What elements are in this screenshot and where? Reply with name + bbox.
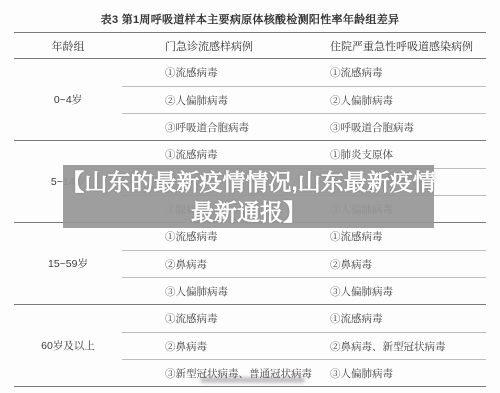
table-row: ①流感病毒 ①肺炎支原体 <box>122 141 486 168</box>
outpatient-rank-2: ②鼻病毒 <box>122 339 330 354</box>
inpatient-rank-1: ①流感病毒 <box>330 229 486 244</box>
table-row: ②鼻病毒 ②鼻病毒 <box>122 250 486 277</box>
table-row: ②人偏肺病毒 ②人偏肺病毒 <box>122 86 486 113</box>
table-row-group-age-60-plus: 60岁及以上 ①流感病毒 ①流感病毒 ②鼻病毒 ②鼻病毒、新型冠状病毒 ③新型冠… <box>14 305 486 387</box>
table-row: ②鼻病毒 ②鼻病毒、新型冠状病毒 <box>122 332 486 359</box>
age-label: 0~4岁 <box>14 59 122 140</box>
outpatient-rank-3: ③呼吸道合胞病毒 <box>122 120 330 135</box>
watermark-smudge <box>200 377 305 383</box>
table-header-row: 年龄组 门急诊流感样病例 住院严重急性呼吸道感染病例 <box>14 32 486 59</box>
table-row: ③呼吸道合胞病毒 ③呼吸道合胞病毒 <box>122 113 486 140</box>
outpatient-rank-1: ①流感病毒 <box>122 147 330 162</box>
table-row: ①流感病毒 ①流感病毒 <box>122 59 486 86</box>
outpatient-rank-2: ②鼻病毒 <box>122 257 330 272</box>
watermark-banner: 【山东的最新疫情情况,山东最新疫情 最新通报】 <box>63 165 434 228</box>
watermark-text-line-2: 最新通报】 <box>191 197 306 227</box>
outpatient-rank-1: ①流感病毒 <box>122 65 330 80</box>
outpatient-rank-3: ③人偏肺病毒 <box>122 284 330 299</box>
inpatient-rank-1: ①流感病毒 <box>330 311 486 326</box>
age-label: 60岁及以上 <box>14 305 122 386</box>
header-hospitalized-sari-cases: 住院严重急性呼吸道感染病例 <box>330 38 486 54</box>
inpatient-rank-1: ①肺炎支原体 <box>330 147 486 162</box>
header-age-group: 年龄组 <box>14 38 122 54</box>
watermark-text-line-1: 【山东的最新疫情情况,山东最新疫情 <box>61 167 435 197</box>
table-row: ③人偏肺病毒 ③人偏肺病毒 <box>122 277 486 304</box>
document-sheet: 表3 第1周呼吸道样本主要病原体核酸检测阳性率年龄组差异 年龄组 门急诊流感样病… <box>0 0 500 393</box>
age-label: 15~59岁 <box>14 223 122 304</box>
outpatient-rank-1: ①流感病毒 <box>122 229 330 244</box>
inpatient-rank-2: ②鼻病毒、新型冠状病毒 <box>330 339 486 354</box>
inpatient-rank-3: ③人偏肺病毒 <box>330 366 486 381</box>
inpatient-rank-3: ③人偏肺病毒 <box>330 284 486 299</box>
outpatient-rank-2: ②人偏肺病毒 <box>122 93 330 108</box>
inpatient-rank-2: ②人偏肺病毒 <box>330 93 486 108</box>
outpatient-rank-1: ①流感病毒 <box>122 311 330 326</box>
inpatient-rank-2: ②鼻病毒 <box>330 257 486 272</box>
inpatient-rank-3: ③呼吸道合胞病毒 <box>330 120 486 135</box>
table-row: ①流感病毒 ①流感病毒 <box>122 305 486 332</box>
table-row-group-age-0-4: 0~4岁 ①流感病毒 ①流感病毒 ②人偏肺病毒 ②人偏肺病毒 ③呼吸道合胞病毒 … <box>14 59 486 141</box>
table-caption: 表3 第1周呼吸道样本主要病原体核酸检测阳性率年龄组差异 <box>0 11 500 27</box>
inpatient-rank-1: ①流感病毒 <box>330 65 486 80</box>
table-row-group-age-15-59: 15~59岁 ①流感病毒 ①流感病毒 ②鼻病毒 ②鼻病毒 ③人偏肺病毒 ③人偏肺… <box>14 223 486 305</box>
header-outpatient-ili-cases: 门急诊流感样病例 <box>122 38 330 54</box>
